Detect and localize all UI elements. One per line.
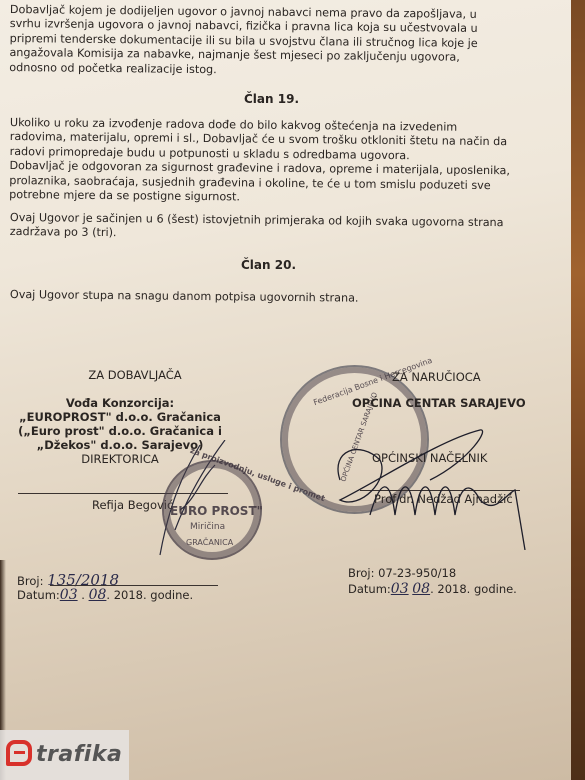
client-heading: ZA NARUČIOCA xyxy=(392,370,481,384)
supplier-heading: ZA DOBAVLJAČA xyxy=(60,368,210,382)
trafika-logo-icon xyxy=(6,740,32,766)
article-19-paragraph-2: Ovaj Ugovor je sačinjen u 6 (šest) istov… xyxy=(10,211,530,245)
client-number-row: Broj: 07-23-950/18 xyxy=(348,566,456,580)
broj-label: Broj: xyxy=(348,566,374,580)
text-line: Ovaj Ugovor stupa na snagu danom potpisa… xyxy=(10,288,525,308)
client-organization: OPĆINA CENTAR SARAJEVO xyxy=(352,396,526,410)
document-page: Dobavljač kojem je dodijeljen ugovor o j… xyxy=(0,0,575,780)
supplier-stamp: za proizvodnju, usluge i promet EURO PRO… xyxy=(162,460,262,560)
article-19-title: Član 19. xyxy=(244,92,299,106)
desk-edge xyxy=(571,0,585,780)
datum-month: 08 xyxy=(89,587,107,603)
client-signature-scribble xyxy=(320,420,530,550)
datum-label: Datum: xyxy=(348,582,391,596)
datum-month: 08 xyxy=(412,581,430,597)
datum-day: 03 xyxy=(60,587,78,603)
broj-value: 07-23-950/18 xyxy=(378,566,456,580)
supplier-date-row: Datum:03 . 08. 2018. godine. xyxy=(17,587,193,603)
datum-suffix: . 2018. godine. xyxy=(430,582,517,596)
consortium-lead-label: Vođa Konzorcija: xyxy=(66,396,174,410)
intro-paragraph: Dobavljač kojem je dodijeljen ugovor o j… xyxy=(9,3,525,80)
datum-label: Datum: xyxy=(17,588,60,602)
datum-day: 03 xyxy=(391,581,409,597)
company-line: („Euro prost" d.o.o. Gračanica i xyxy=(18,424,222,438)
broj-underline xyxy=(50,585,218,586)
article-19-paragraph-1: Ukoliko u roku za izvođenje radova dođe … xyxy=(9,116,530,208)
datum-suffix: . 2018. godine. xyxy=(106,588,193,602)
trafika-brand-text: trafika xyxy=(36,742,122,767)
trafika-watermark: trafika xyxy=(0,730,129,780)
article-20-paragraph: Ovaj Ugovor stupa na snagu danom potpisa… xyxy=(10,288,525,308)
broj-label: Broj: xyxy=(17,574,43,588)
company-line: „EUROPROST" d.o.o. Gračanica xyxy=(19,410,221,424)
client-date-row: Datum:03 08. 2018. godine. xyxy=(348,581,517,597)
article-20-title: Član 20. xyxy=(241,258,296,272)
